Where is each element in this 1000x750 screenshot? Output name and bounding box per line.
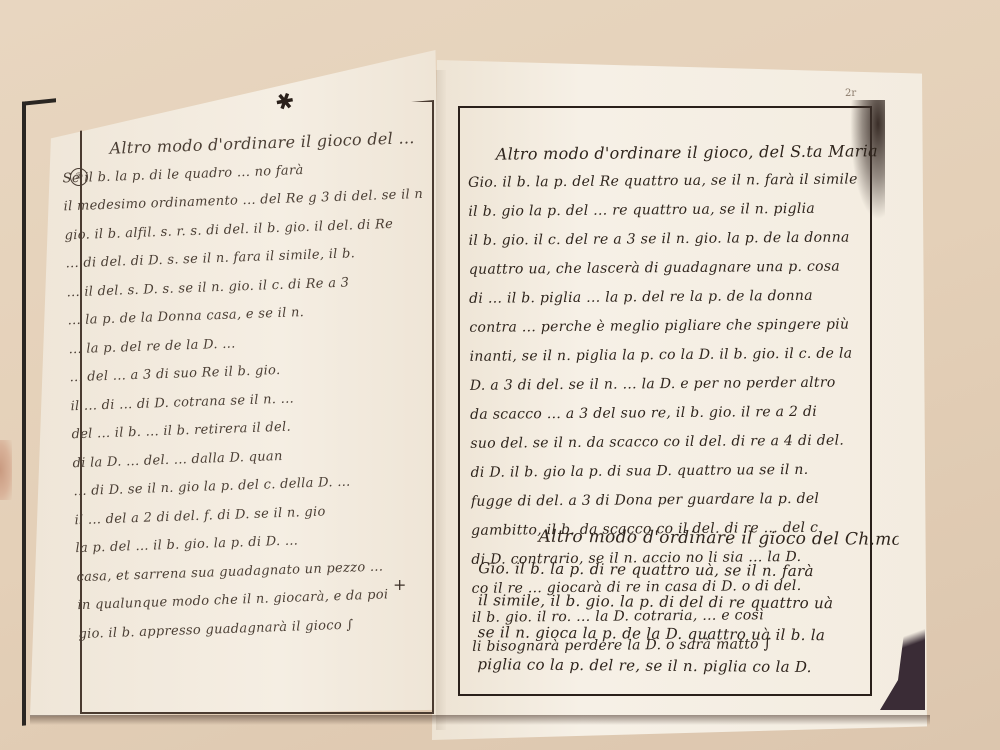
manuscript-line: se il n. gioca la p. de la D. quattro uà… [478,616,898,652]
right-heading: Altro modo d'ordinare il gioco, del S.ta… [468,136,888,169]
manuscript-line: suo del. se il n. da scacco co il del. d… [470,426,890,459]
right-page-marker: 2r [845,88,856,99]
manuscript-line: il b. gio. il c. del re a 3 se il n. gio… [468,223,888,256]
photo-scene: ✱ ② 2r Altro modo d'ordinare il gioco de… [0,0,1000,750]
manuscript-line: il simile, il b. gio. la p. di del di re… [478,584,898,620]
manuscript-line: inanti, se il n. piglia la p. co la D. i… [470,339,890,372]
page-bottom-shadow [30,715,930,725]
manuscript-line: da scacco ... a 3 del suo re, il b. gio.… [470,397,890,430]
manuscript-line: fugge di del. a 3 di Dona per guardare l… [471,484,891,517]
manuscript-line: di ... il b. piglia ... la p. del re la … [469,281,889,314]
manuscript-line: contra ... perche è meglio pigliare che … [469,310,889,343]
manuscript-line: di D. il b. gio la p. di sua D. quattro … [471,455,891,488]
manuscript-line: quattro ua, che lascerà di guadagnare un… [469,252,889,285]
right-page-section-2: Altro modo d'ordinare il gioco del Ch.mo… [477,520,898,684]
cross-mark: + [393,575,406,594]
thumb [0,440,12,500]
manuscript-line: D. a 3 di del. se il n. ... la D. e per … [470,368,890,401]
section-2-heading: Altro modo d'ordinare il gioco del Ch.mo [478,520,898,556]
manuscript-line: il b. gio la p. del ... re quattro ua, s… [468,194,888,227]
manuscript-line: Gio. il b. la p. di re quattro uà, se il… [478,552,898,588]
manuscript-line: piglia co la p. del re, se il n. piglia … [477,648,897,684]
left-page-text: Altro modo d'ordinare il gioco del ... S… [61,124,439,649]
manuscript-line: Gio. il b. la p. del Re quattro ua, se i… [468,165,888,198]
